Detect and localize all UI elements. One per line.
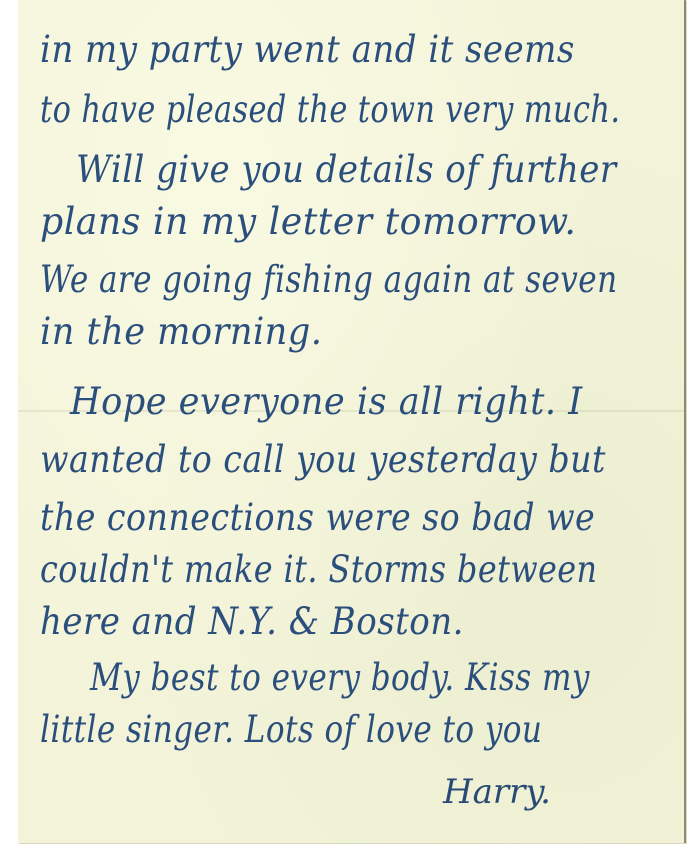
- signature: Harry.: [443, 772, 551, 812]
- letter-line-7: Hope everyone is all right. I: [70, 380, 583, 423]
- letter-line-13: little singer. Lots of love to you: [40, 708, 542, 751]
- letter-line-12: My best to every body. Kiss my: [90, 656, 590, 699]
- letter-page: in my party went and it seems to have pl…: [18, 0, 686, 843]
- letter-line-10: couldn't make it. Storms between: [40, 548, 597, 591]
- letter-line-1: in my party went and it seems: [40, 28, 575, 71]
- letter-line-4: plans in my letter tomorrow.: [40, 200, 576, 243]
- letter-line-3: Will give you details of further: [76, 148, 617, 191]
- letter-line-6: in the morning.: [40, 310, 322, 353]
- letter-line-11: here and N.Y. & Boston.: [40, 600, 464, 643]
- letter-line-8: wanted to call you yesterday but: [40, 438, 606, 481]
- letter-line-5: We are going fishing again at seven: [40, 258, 618, 301]
- letter-line-2: to have pleased the town very much.: [40, 88, 620, 131]
- letter-line-9: the connections were so bad we: [40, 496, 595, 539]
